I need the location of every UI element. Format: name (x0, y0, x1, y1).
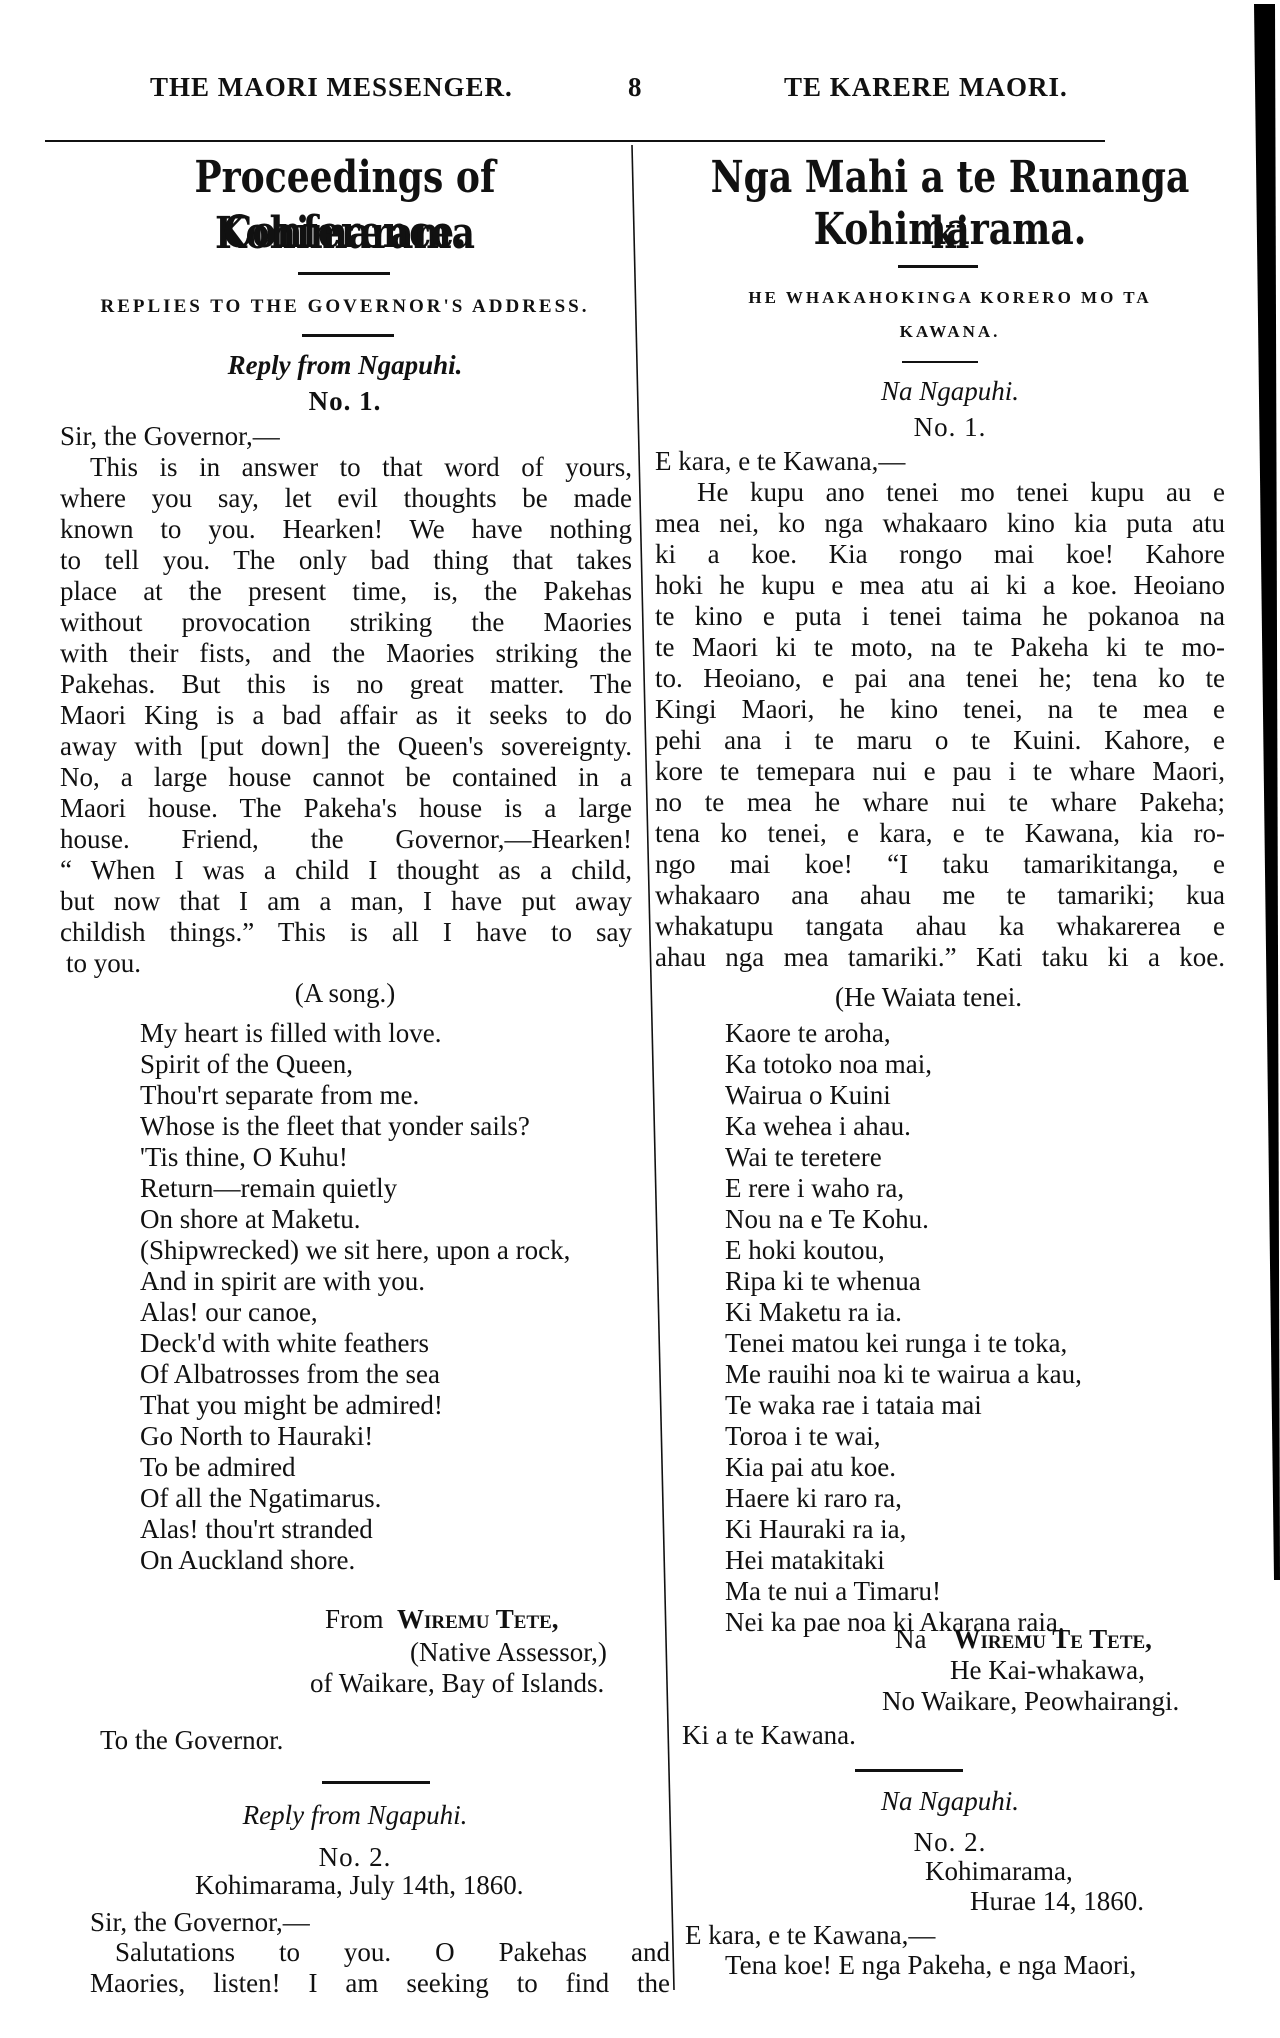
song-line: (Shipwrecked) we sit here, upon a rock, (140, 1235, 570, 1266)
song-line: Wairua o Kuini (725, 1080, 1082, 1111)
song-line: Ka totoko noa mai, (725, 1049, 1082, 1080)
song-line: Nou na e Te Kohu. (725, 1204, 1082, 1235)
addressee: Ki a te Kawana. (682, 1720, 856, 1751)
song-line: Of all the Ngatimarus. (140, 1483, 570, 1514)
subtitle-rule (902, 361, 978, 363)
reply2-dateline: Kohimarama, July 14th, 1860. (195, 1870, 523, 1901)
body-line: to. Heoiano, e pai ana tenei he; tena ko… (655, 663, 1225, 694)
reply1-salutation: Sir, the Governor,— (60, 421, 280, 452)
signature-role: (Native Assessor,) (410, 1637, 607, 1668)
song-line: Kaore te aroha, (725, 1018, 1082, 1049)
signature-place: of Waikare, Bay of Islands. (310, 1668, 604, 1699)
song-line: Ki Maketu ra ia. (725, 1297, 1082, 1328)
body-line: with their fists, and the Maories striki… (60, 638, 632, 669)
reply2-dateline-1: Kohimarama, (925, 1856, 1073, 1887)
reply1-salutation: E kara, e te Kawana,— (655, 446, 905, 477)
reply2-number: No. 2. (655, 1827, 1245, 1858)
song-line: Alas! our canoe, (140, 1297, 570, 1328)
reply2-body: Salutations to you. O Pakehas and Maorie… (90, 1937, 670, 1999)
song-line: Alas! thou'rt stranded (140, 1514, 570, 1545)
signature-name: From Wiremu Tete, (325, 1604, 559, 1635)
body-line: Maori King is a bad affair as it seeks t… (60, 700, 632, 731)
song-line: Tenei matou kei runga i te toka, (725, 1328, 1082, 1359)
body-line: kore te temepara nui e pau i te whare Ma… (655, 756, 1225, 787)
english-title-line2: Conference. (111, 205, 578, 261)
signature-role: He Kai-whakawa, (950, 1655, 1145, 1686)
song-line: Toroa i te wai, (725, 1421, 1082, 1452)
addressee: To the Governor. (100, 1725, 283, 1756)
body-line: Pakehas. But this is no great matter. Th… (60, 669, 632, 700)
reply1-number: No. 1. (655, 412, 1245, 443)
body-line: without provocation striking the Maories (60, 607, 632, 638)
title-rule (298, 272, 390, 275)
song-line: Deck'd with white feathers (140, 1328, 570, 1359)
body-line: “ When I was a child I thought as a chil… (60, 855, 632, 886)
signature-place: No Waikare, Peowhairangi. (882, 1686, 1179, 1717)
body-line: hoki he kupu e mea atu ai ki a koe. Heoi… (655, 570, 1225, 601)
body-line: known to you. Hearken! We have nothing (60, 514, 632, 545)
reply2-number: No. 2. (60, 1842, 650, 1873)
section-rule (855, 1769, 963, 1772)
reply2-salutation: E kara, e te Kawana,— (685, 1920, 935, 1951)
song-line: Te waka rae i tataia mai (725, 1390, 1082, 1421)
body-line: Maori house. The Pakeha's house is a lar… (60, 793, 632, 824)
maori-subtitle-line2: KAWANA. (655, 322, 1245, 342)
body-line: te kino e puta i tenei taima he pokanoa … (655, 601, 1225, 632)
body-line: No, a large house cannot be contained in… (60, 762, 632, 793)
body-line: to tell you. The only bad thing that tak… (60, 545, 632, 576)
body-line: tena ko tenei, e kara, e te Kawana, kia … (655, 818, 1225, 849)
reply1-body: This is in answer to that word of yours,… (60, 452, 632, 979)
body-line: te Maori ki te moto, na te Pakeha ki te … (655, 632, 1225, 663)
song-line: Ki Hauraki ra ia, (725, 1514, 1082, 1545)
song-line: Go North to Hauraki! (140, 1421, 570, 1452)
body-line: but now that I am a man, I have put away (60, 886, 632, 917)
body-line: Salutations to you. O Pakehas and (90, 1937, 670, 1968)
song-line: To be admired (140, 1452, 570, 1483)
body-line: away with [put down] the Queen's soverei… (60, 731, 632, 762)
reply1-number: No. 1. (60, 386, 630, 417)
section-rule (322, 1781, 430, 1784)
song-line: 'Tis thine, O Kuhu! (140, 1142, 570, 1173)
body-line: ngo mai koe! “I taku tamarikitanga, e (655, 849, 1225, 880)
song-line: Of Albatrosses from the sea (140, 1359, 570, 1390)
body-line: childish things.” This is all I have to … (60, 917, 632, 948)
song-line: E rere i waho ra, (725, 1173, 1082, 1204)
reply2-heading: Reply from Ngapuhi. (60, 1800, 650, 1831)
song-line: Kia pai atu koe. (725, 1452, 1082, 1483)
reply2-dateline-2: Hurae 14, 1860. (970, 1886, 1144, 1917)
song-line: That you might be admired! (140, 1390, 570, 1421)
body-line: This is in answer to that word of yours, (60, 452, 632, 483)
song-line: And in spirit are with you. (140, 1266, 570, 1297)
body-line: pehi ana i te maru o te Kuini. Kahore, e (655, 725, 1225, 756)
maori-subtitle-line1: HE WHAKAHOKINGA KORERO MO TA (655, 288, 1245, 308)
body-line: to you. (60, 948, 632, 979)
reply1-heading: Reply from Ngapuhi. (60, 350, 630, 381)
song-line: E hoki koutou, (725, 1235, 1082, 1266)
song-line: Wai te teretere (725, 1142, 1082, 1173)
body-line: whakatupu tangata ahau ka whakarerea e (655, 911, 1225, 942)
body-line: Kingi Maori, he kino tenei, na te mea e (655, 694, 1225, 725)
song-label: (A song.) (60, 978, 630, 1009)
body-line: Maories, listen! I am seeking to find th… (90, 1968, 670, 1999)
body-line: no te mea he whare nui te whare Pakeha; (655, 787, 1225, 818)
reply1-body: He kupu ano tenei mo tenei kupu au e mea… (655, 477, 1225, 973)
song-label: (He Waiata tenei. (835, 982, 1022, 1013)
body-line: whakaaro ana ahau me te tamariki; kua (655, 880, 1225, 911)
title-rule (898, 265, 978, 268)
body-line: place at the present time, is, the Pakeh… (60, 576, 632, 607)
signature-name: Na Wiremu Te Tete, (895, 1624, 1152, 1655)
body-line: house. Friend, the Governor,—Hearken! (60, 824, 632, 855)
song-line: Haere ki raro ra, (725, 1483, 1082, 1514)
reply2-heading: Na Ngapuhi. (655, 1786, 1245, 1817)
english-subtitle: REPLIES TO THE GOVERNOR'S ADDRESS. (60, 296, 630, 318)
subtitle-rule (302, 334, 394, 337)
song-line: Me rauihi noa ki te wairua a kau, (725, 1359, 1082, 1390)
body-line: mea nei, ko nga whakaaro kino kia puta a… (655, 508, 1225, 539)
reply2-body-line: Tena koe! E nga Pakeha, e nga Maori, (725, 1950, 1136, 1981)
song-line: My heart is filled with love. (140, 1018, 570, 1049)
song-line: Ka wehea i ahau. (725, 1111, 1082, 1142)
song-verses: My heart is filled with love. Spirit of … (140, 1018, 570, 1576)
song-line: Ripa ki te whenua (725, 1266, 1082, 1297)
song-line: Hei matakitaki (725, 1545, 1082, 1576)
reply1-heading: Na Ngapuhi. (655, 376, 1245, 407)
song-line: Thou'rt separate from me. (140, 1080, 570, 1111)
body-line: where you say, let evil thoughts be made (60, 483, 632, 514)
song-line: On shore at Maketu. (140, 1204, 570, 1235)
body-line: ahau nga mea tamariki.” Kati taku ki a k… (655, 942, 1225, 973)
reply2-salutation: Sir, the Governor,— (90, 1907, 310, 1938)
body-line: He kupu ano tenei mo tenei kupu au e (655, 477, 1225, 508)
song-line: On Auckland shore. (140, 1545, 570, 1576)
song-line: Ma te nui a Timaru! (725, 1576, 1082, 1607)
song-line: Return—remain quietly (140, 1173, 570, 1204)
song-line: Spirit of the Queen, (140, 1049, 570, 1080)
song-verses: Kaore te aroha, Ka totoko noa mai, Wairu… (725, 1018, 1082, 1638)
song-line: Whose is the fleet that yonder sails? (140, 1111, 570, 1142)
body-line: ki a koe. Kia rongo mai koe! Kahore (655, 539, 1225, 570)
maori-title-line2: Kohimarama. (708, 202, 1192, 258)
